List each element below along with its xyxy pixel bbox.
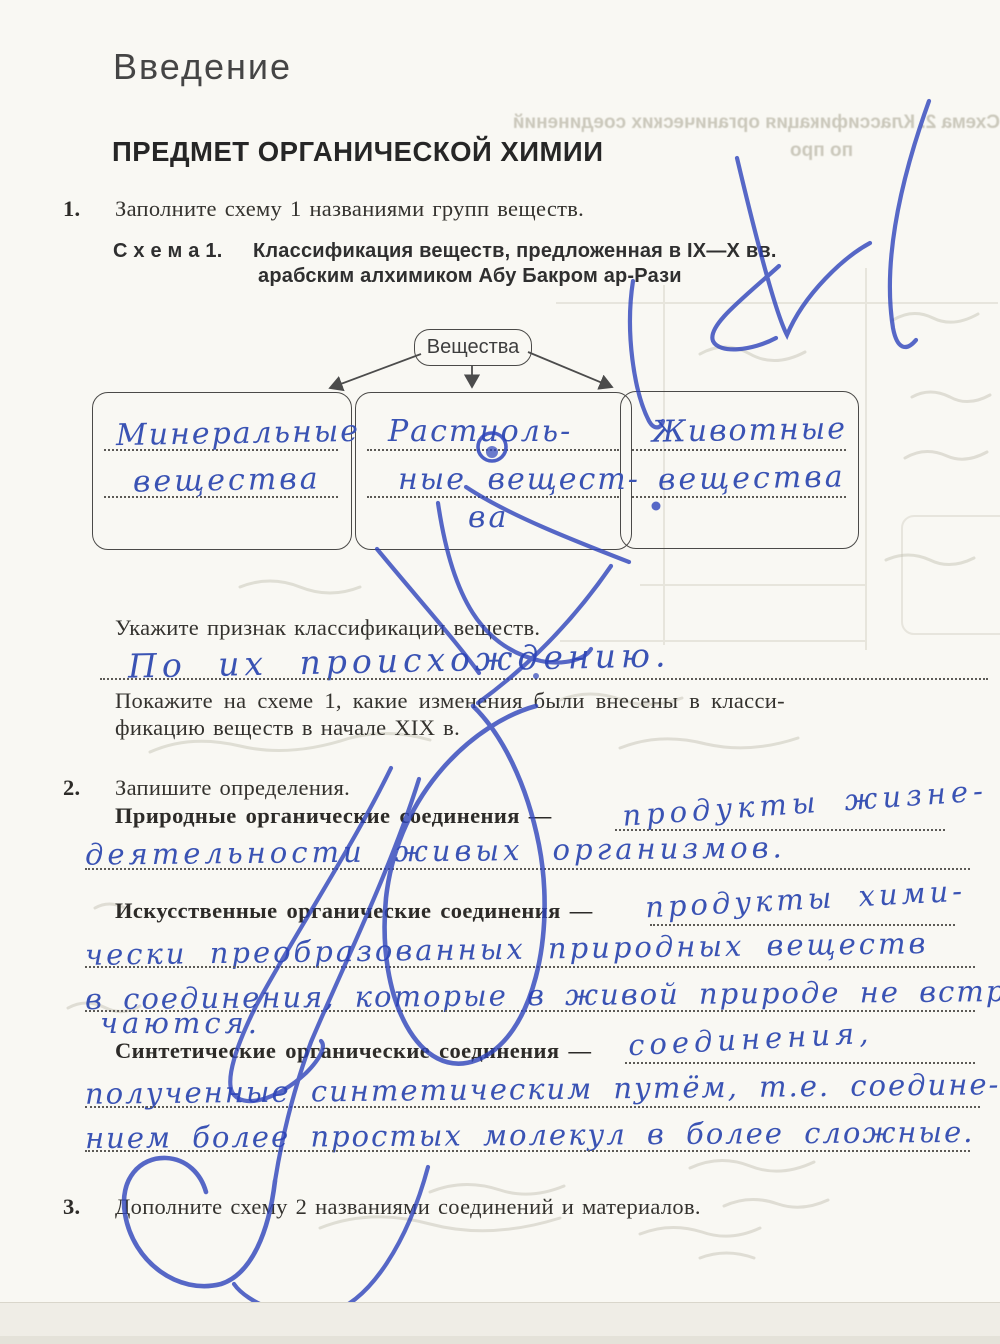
answer-line bbox=[100, 678, 988, 680]
task2-instruction: Запишите определения. bbox=[115, 775, 350, 801]
task3-instruction: Дополните схему 2 названиями соединений … bbox=[115, 1194, 701, 1220]
term-synthetic-organic: Синтетические органические соединения — bbox=[115, 1038, 591, 1064]
handwritten-box3-line2: вещества bbox=[658, 459, 846, 497]
task1-followup-line2: фикацию веществ в начале XIX в. bbox=[115, 715, 460, 741]
workbook-page: Схема 2. Классификация органических соед… bbox=[0, 0, 1000, 1344]
handwritten-box2-line1: Растиоль- bbox=[388, 414, 572, 449]
arrow-to-box3 bbox=[528, 352, 612, 387]
term-natural-organic: Природные органические соединения — bbox=[115, 803, 552, 829]
def1-full-line bbox=[85, 868, 970, 870]
scan-edge-shadow bbox=[0, 1336, 1000, 1344]
term-artificial-organic: Искусственные органические соединения — bbox=[115, 898, 593, 924]
def3-line-segment bbox=[625, 1062, 975, 1064]
def2-full-line-1 bbox=[85, 966, 975, 968]
box2-answer-line-1 bbox=[367, 449, 619, 451]
handwritten-box2-line3: ва bbox=[468, 500, 509, 535]
handwritten-box3-line1: Животные bbox=[652, 411, 848, 449]
task3-number: 3. bbox=[63, 1194, 80, 1220]
task1-followup-line1: Покажите на схеме 1, какие изменения был… bbox=[115, 688, 785, 714]
arrow-to-box1 bbox=[330, 354, 421, 388]
handwritten-box2-line2: ные вещест- bbox=[398, 462, 640, 497]
task1-question: Укажите признак классификации веществ. bbox=[115, 615, 540, 641]
handwritten-box1-line2: вещества bbox=[133, 461, 321, 499]
def3-full-line-2 bbox=[85, 1150, 970, 1152]
page-bottom-edge bbox=[0, 1302, 1000, 1337]
def3-full-line-1 bbox=[85, 1106, 980, 1108]
handwritten-def2-line4: чаются. bbox=[100, 1006, 261, 1040]
handwritten-box1-line1: Минеральные bbox=[116, 414, 361, 453]
task2-number: 2. bbox=[63, 775, 80, 801]
